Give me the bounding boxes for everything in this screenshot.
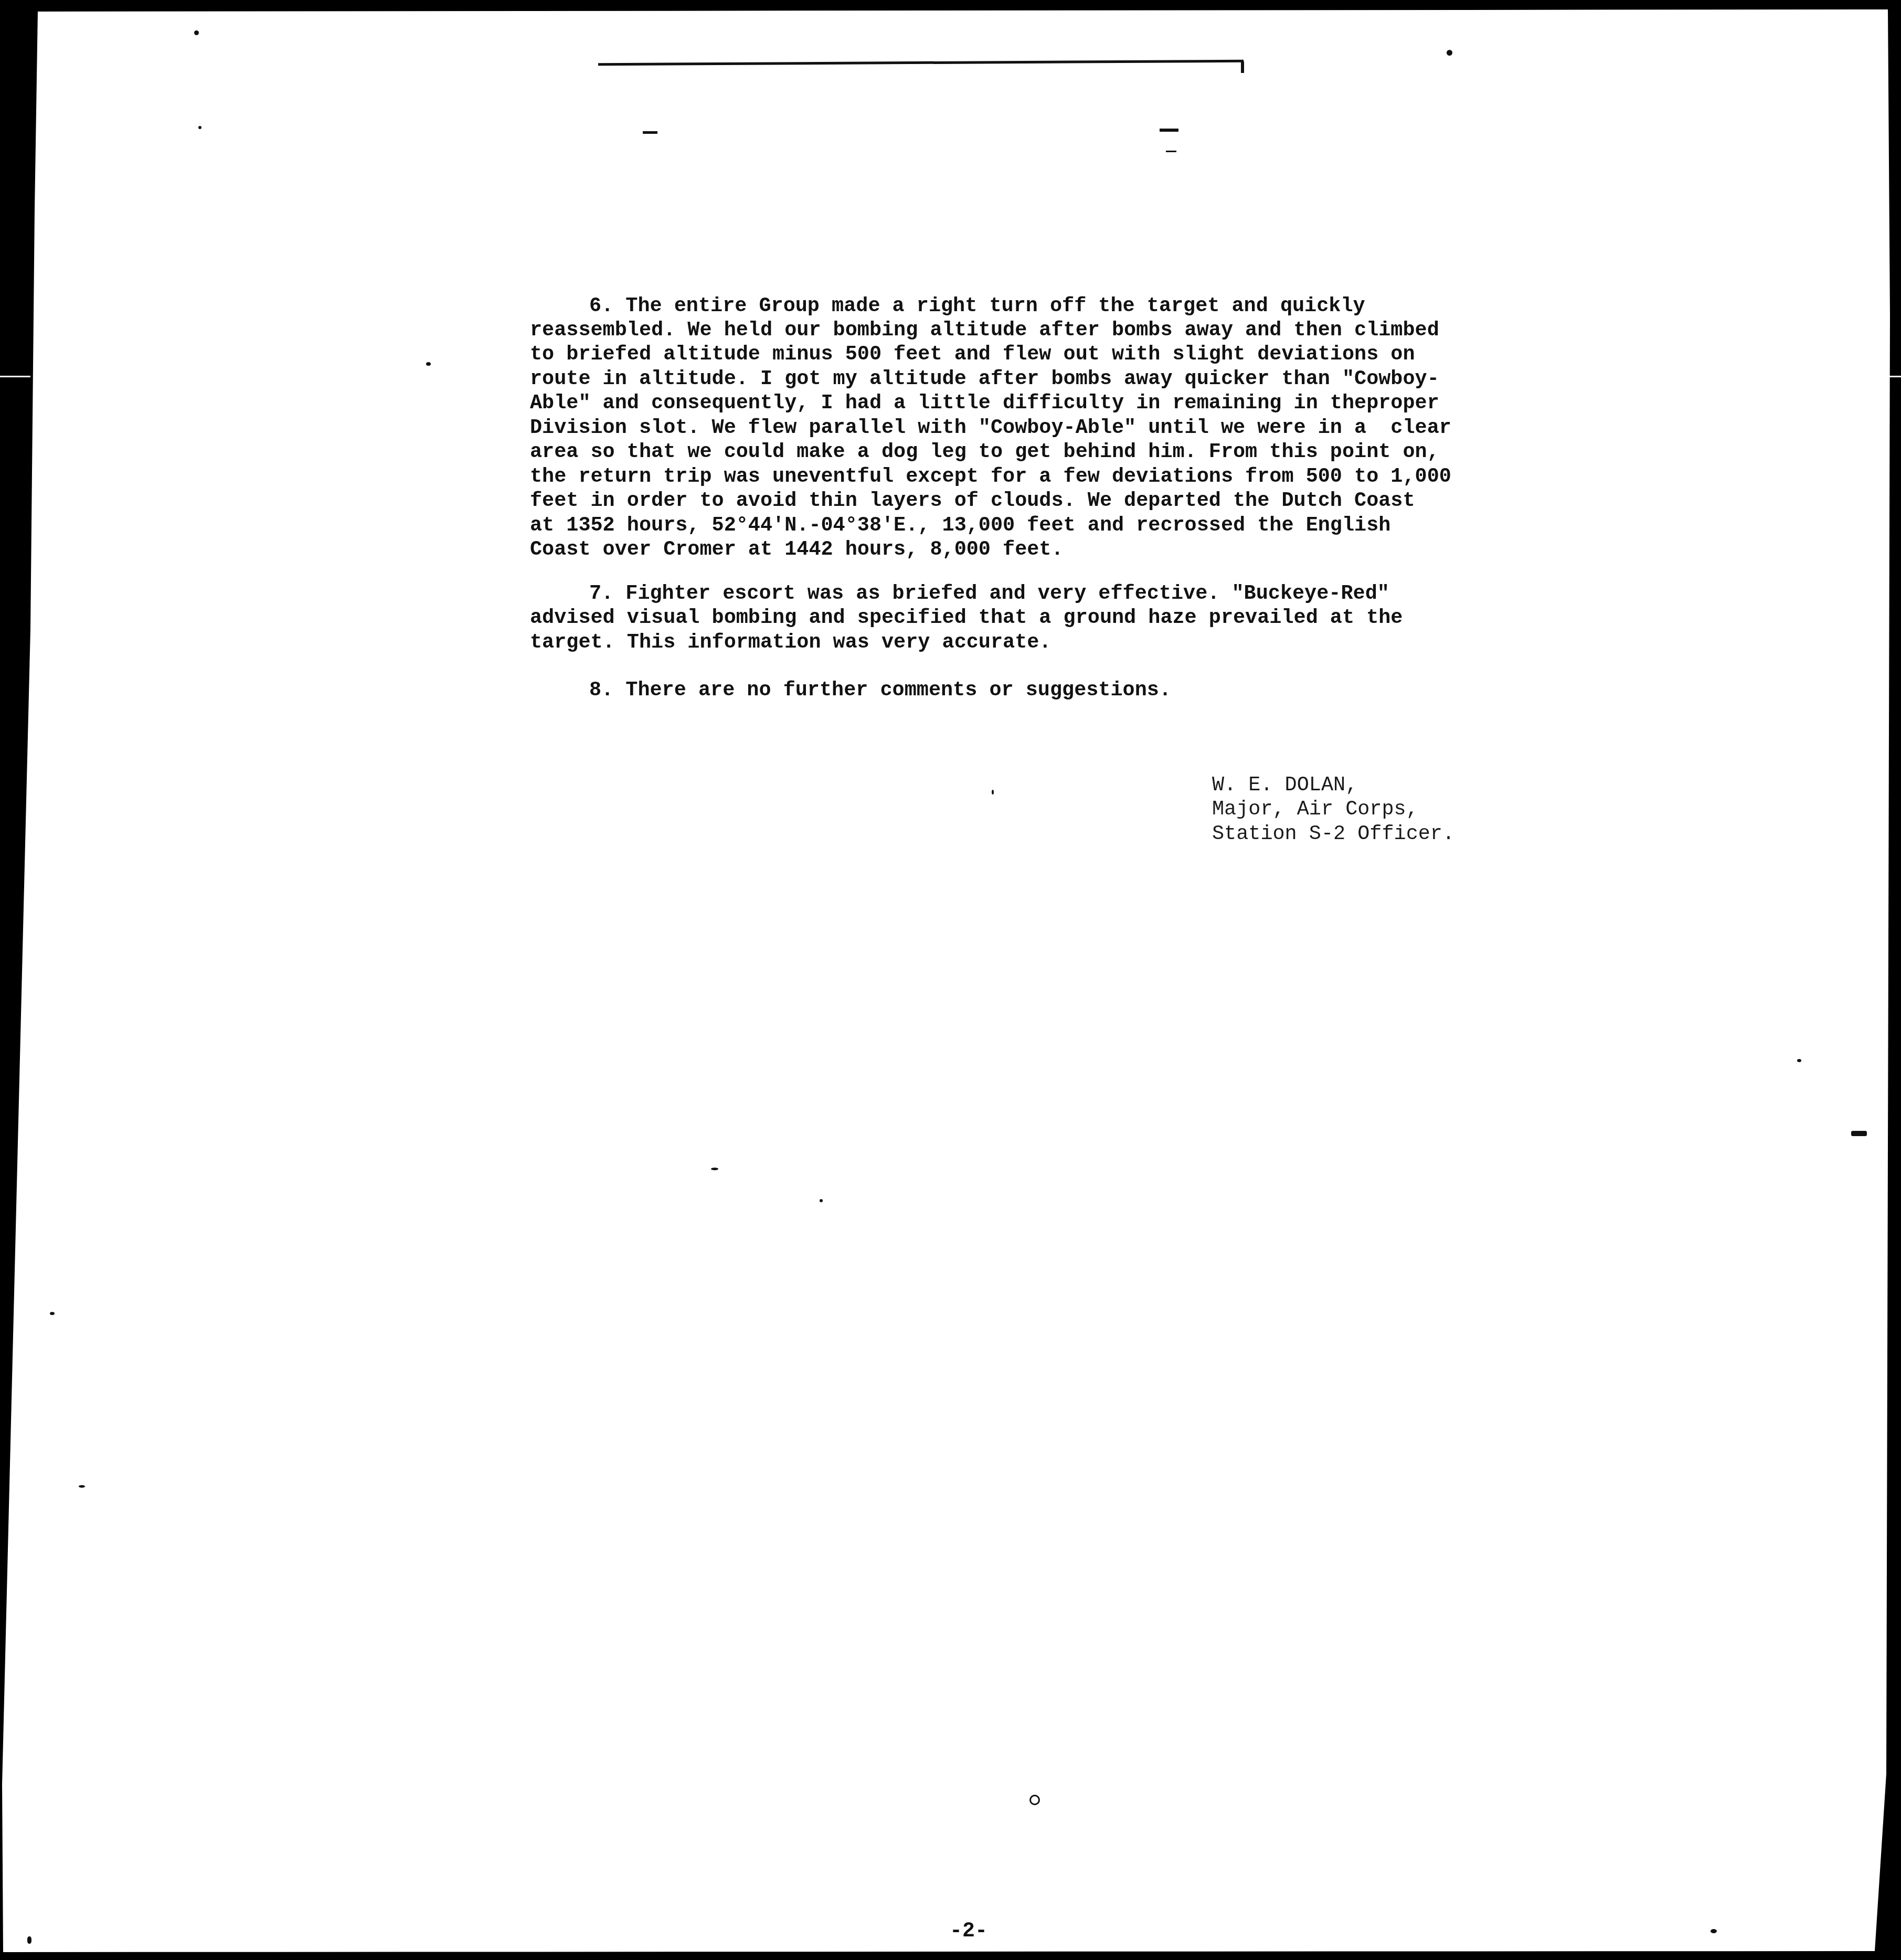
header-mark-right [1160, 129, 1178, 132]
text-line: Coast over Cromer at 1442 hours, 8,000 f… [530, 539, 1064, 560]
speck [1447, 50, 1452, 56]
header-rule [598, 60, 1244, 66]
signature-rank: Major, Air Corps, [1212, 799, 1418, 820]
scan-artifact-line [1871, 376, 1901, 377]
speck [50, 1312, 55, 1315]
speck [820, 1199, 823, 1202]
text-line: area so that we could make a dog leg to … [530, 442, 1439, 462]
text-line: at 1352 hours, 52°44'N.-04°38'E., 13,000… [530, 515, 1390, 536]
speck [1851, 1131, 1867, 1136]
text-line: target. This information was very accura… [530, 632, 1051, 653]
text-line: 6. The entire Group made a right turn of… [589, 296, 1365, 316]
signature-title: Station S-2 Officer. [1212, 824, 1454, 844]
text-line: 7. Fighter escort was as briefed and ver… [589, 584, 1389, 604]
text-line: 8. There are no further comments or sugg… [589, 680, 1171, 701]
scan-artifact-line [0, 376, 30, 377]
speck [1711, 1929, 1717, 1933]
text-line: advised visual bombing and specified tha… [530, 608, 1403, 628]
speck [1029, 1795, 1040, 1805]
signature-name: W. E. DOLAN, [1212, 775, 1357, 796]
text-line: reassembled. We held our bombing altitud… [530, 320, 1439, 341]
text-line: the return trip was uneventful except fo… [530, 467, 1451, 487]
text-line: to briefed altitude minus 500 feet and f… [530, 344, 1415, 365]
text-line: Division slot. We flew parallel with "Co… [530, 418, 1451, 438]
text-line: Able" and consequently, I had a little d… [530, 393, 1439, 414]
speck [426, 362, 431, 366]
header-mark-left [643, 131, 657, 134]
speck [194, 30, 199, 35]
speck [1797, 1059, 1801, 1062]
header-mark-right-small [1166, 151, 1176, 152]
document-page: 6. The entire Group made a right turn of… [0, 0, 1901, 1960]
speck [79, 1485, 85, 1488]
text-line: route in altitude. I got my altitude aft… [530, 369, 1439, 389]
speck [198, 126, 201, 129]
speck [992, 790, 994, 794]
page-number: -2- [950, 1920, 987, 1943]
speck [27, 1936, 31, 1944]
text-line: feet in order to avoid thin layers of cl… [530, 491, 1415, 511]
header-rule-hook [1241, 61, 1244, 73]
speck [711, 1168, 718, 1170]
